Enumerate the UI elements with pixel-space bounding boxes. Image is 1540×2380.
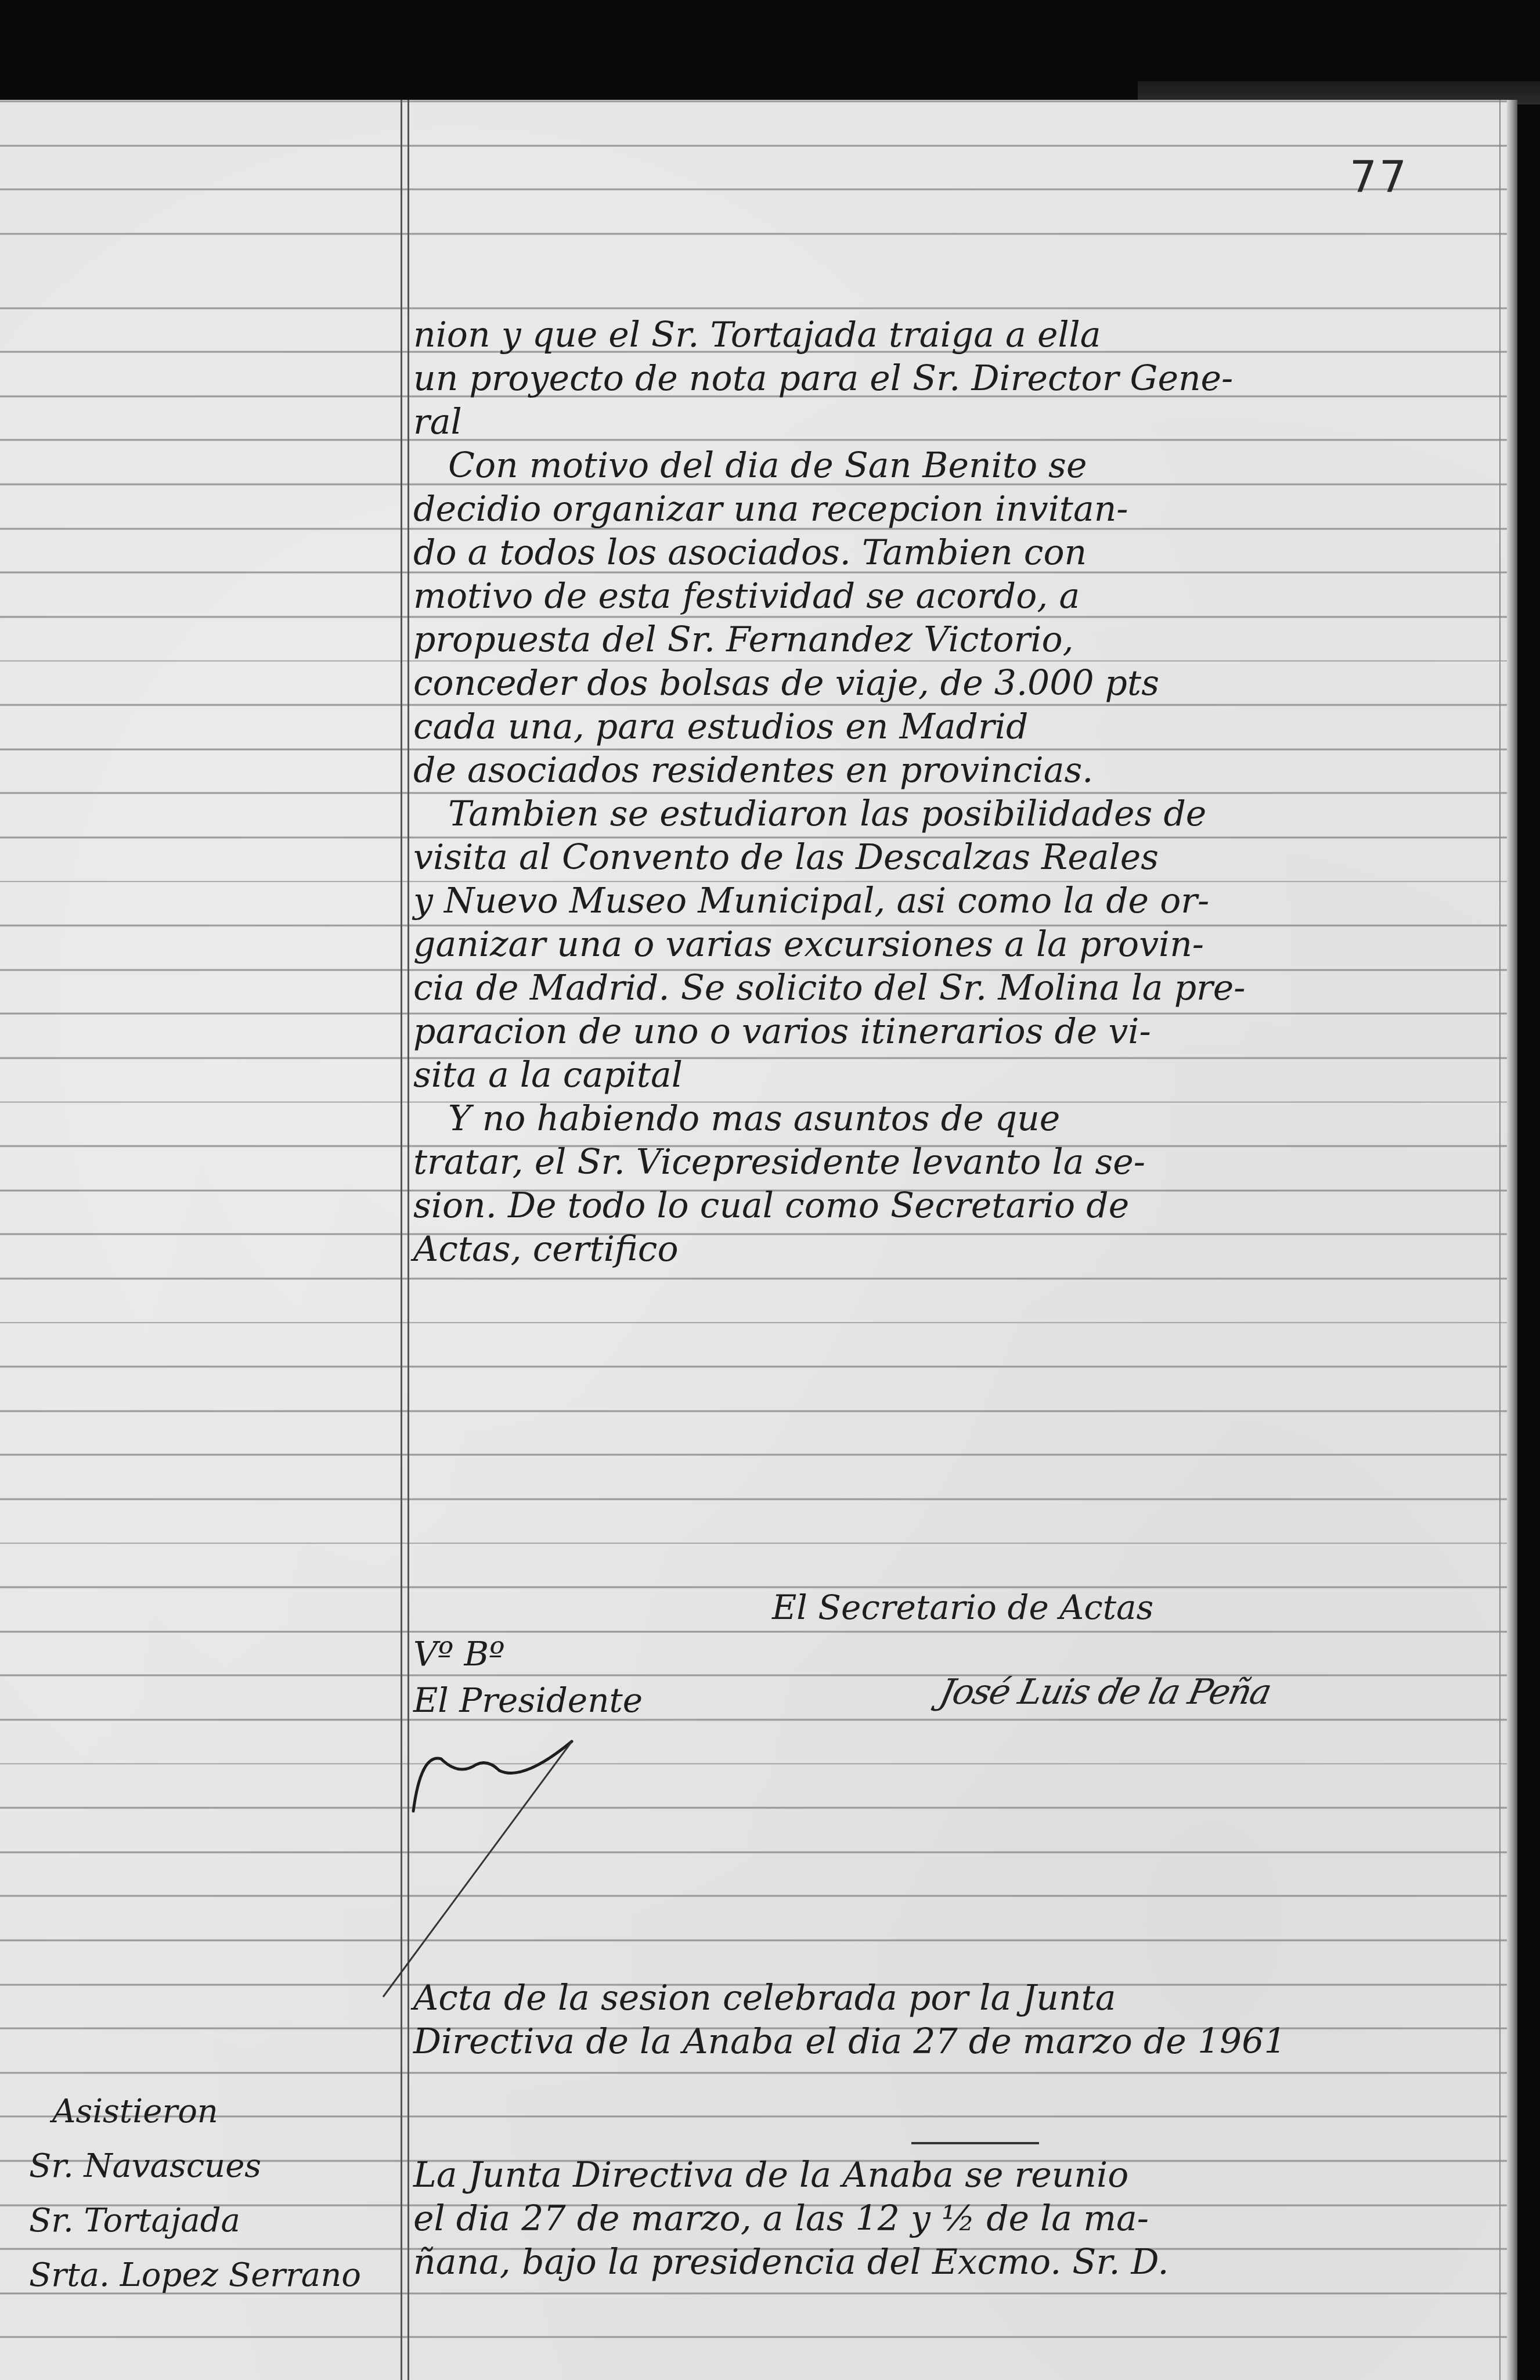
attendees-heading: Asistieron [29,2090,361,2144]
title-separator [911,2142,1039,2144]
attendees-margin: Asistieron Sr. Navascues Sr. Tortajada S… [29,2090,361,2308]
attendee: Srta. Lopez Serrano [29,2253,361,2308]
minutes-body-line: La Junta Directiva de la Anaba se reunio [413,2154,1128,2197]
minutes-body-line: ñana, bajo la presidencia del Excmo. Sr.… [413,2241,1169,2284]
attendee: Sr. Tortajada [29,2199,361,2253]
minutes-body-line: el dia 27 de marzo, a las 12 y ½ de la m… [413,2197,1149,2241]
attendee: Sr. Navascues [29,2144,361,2199]
minutes-title-line-2: Directiva de la Anaba el dia 27 de marzo… [413,2020,1286,2064]
minutes-title-line-1: Acta de la sesion celebrada por la Junta [413,1977,1116,2020]
